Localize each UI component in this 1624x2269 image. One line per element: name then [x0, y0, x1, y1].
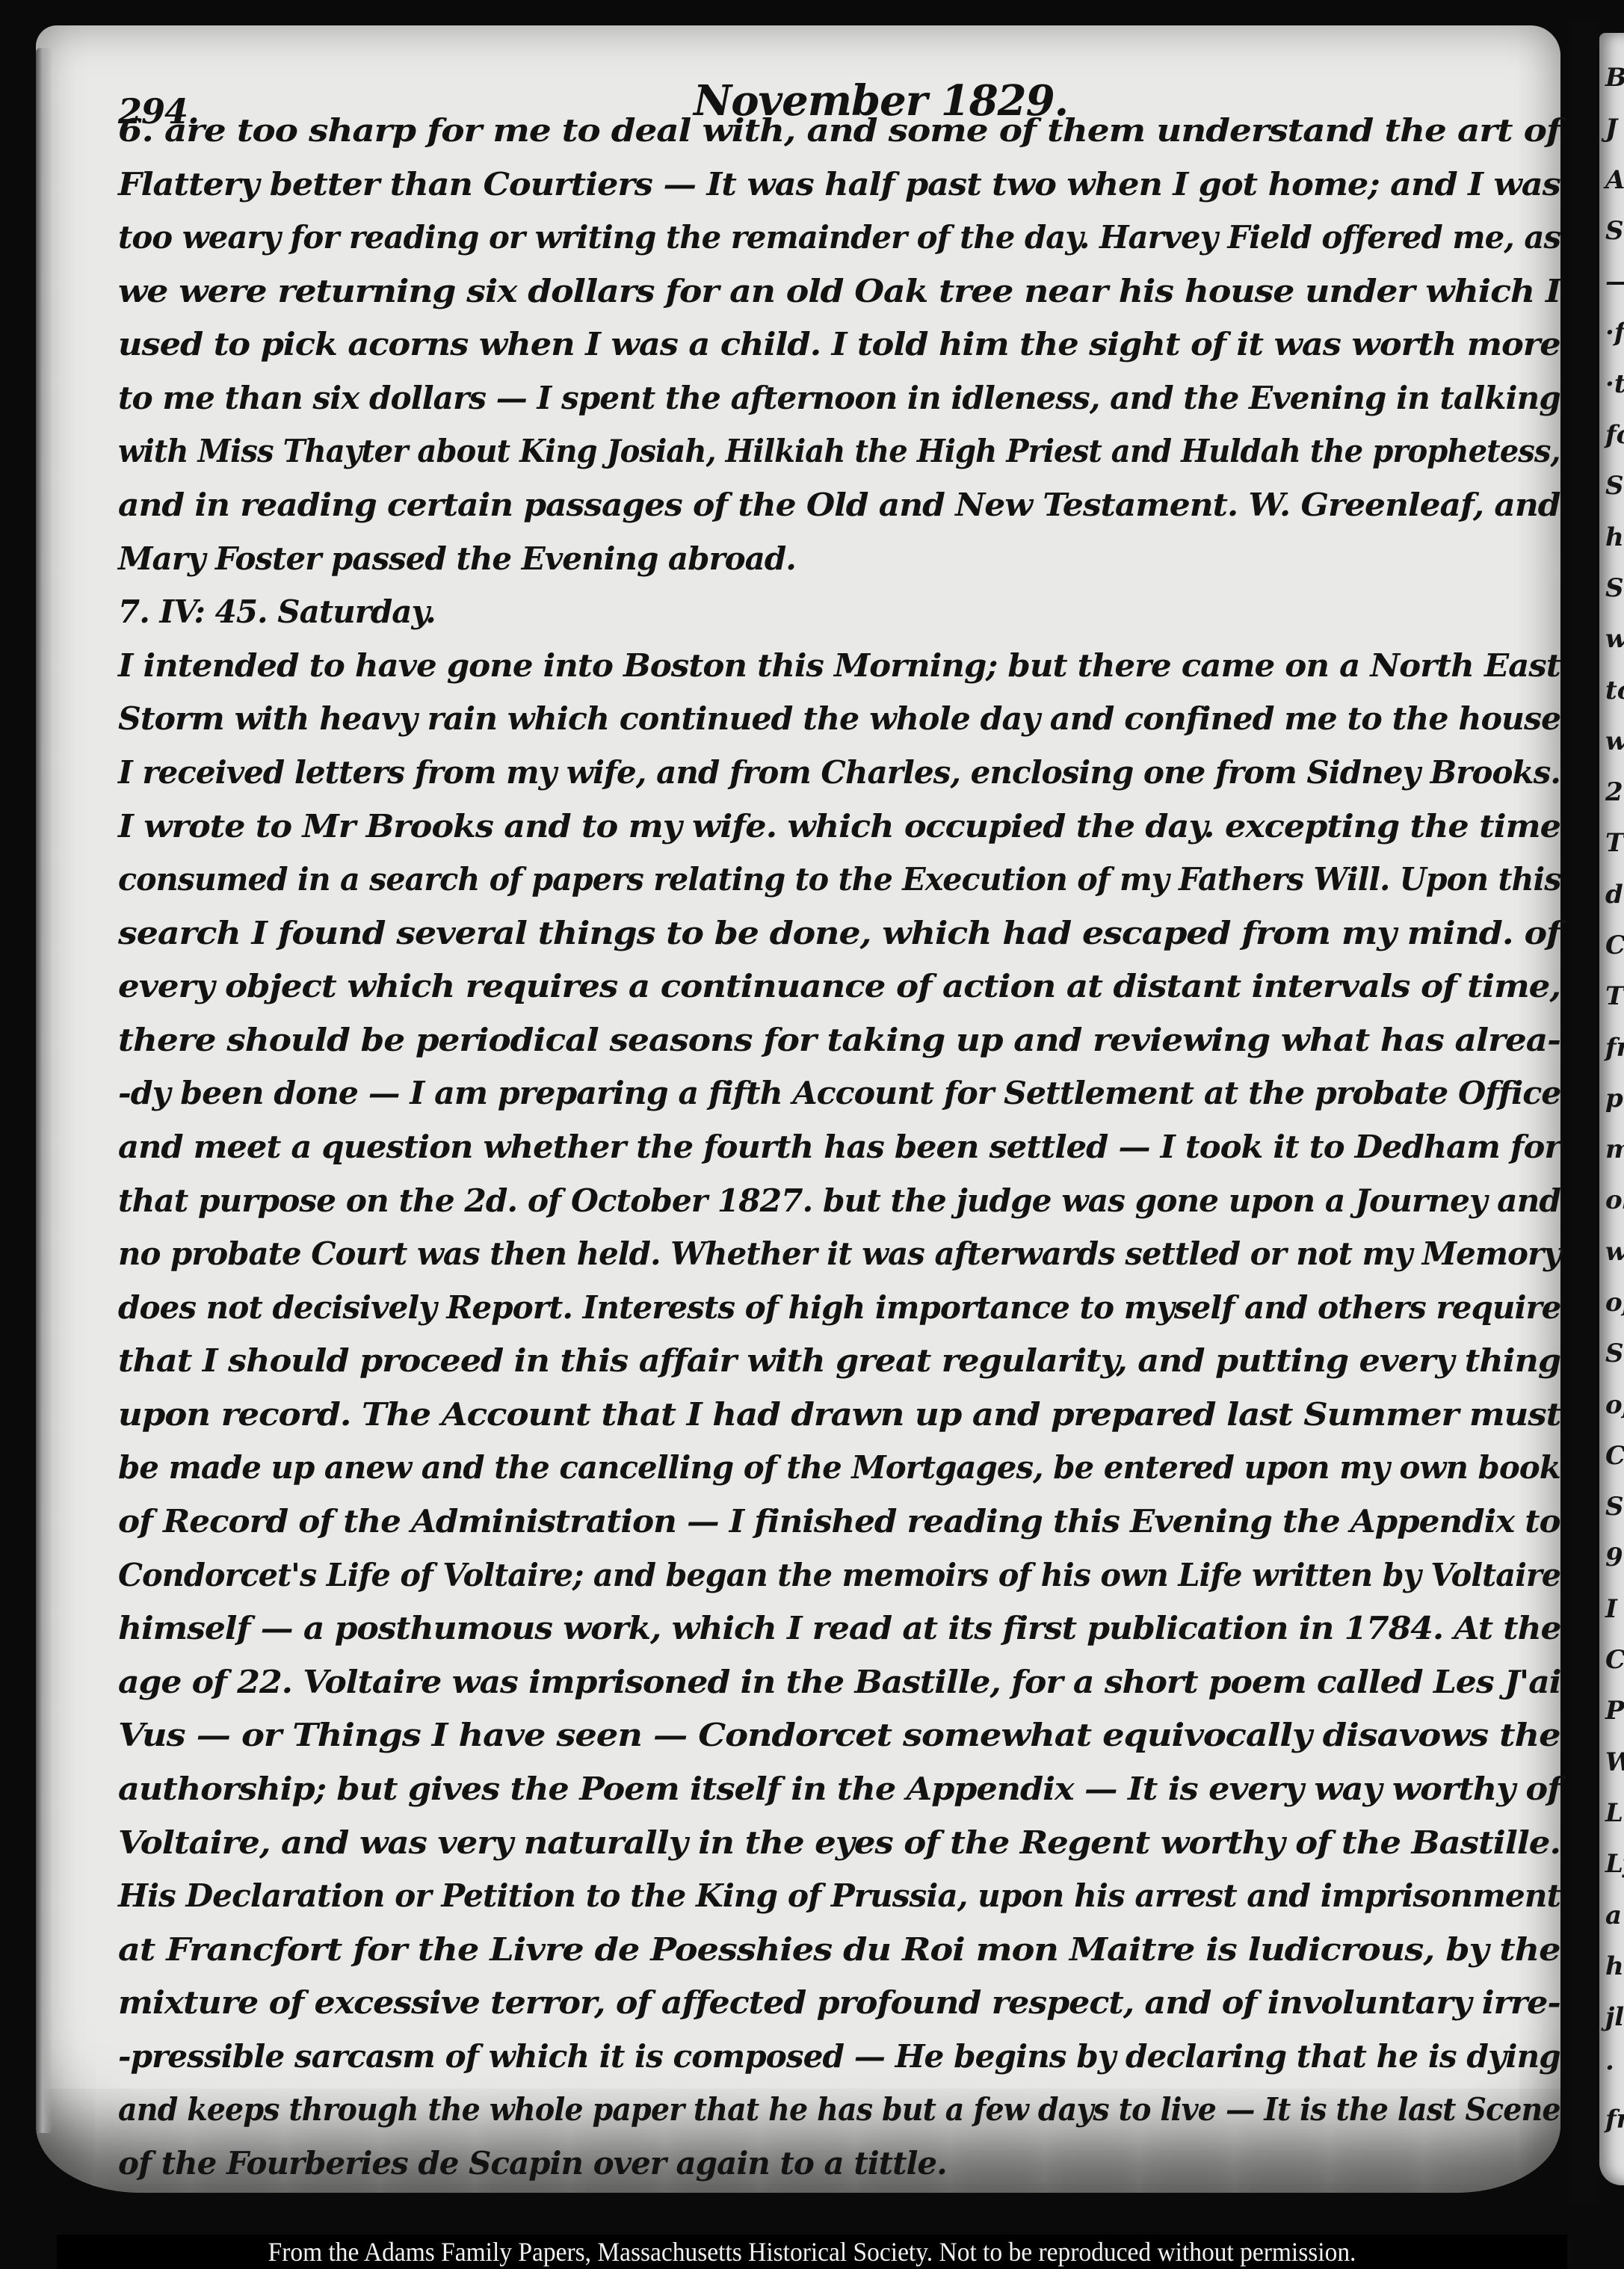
manuscript-line: I intended to have gone into Boston this… [118, 647, 1560, 684]
adjacent-page-text-fragment: 2 [1605, 777, 1623, 807]
manuscript-line: and meet a question whether the fourth h… [118, 1129, 1560, 1165]
manuscript-line: Flattery better than Courtiers — It was … [118, 166, 1560, 203]
adjacent-page-text-fragment: ho [1605, 522, 1624, 552]
manuscript-line: -dy been done — I am preparing a fifth A… [118, 1075, 1560, 1111]
adjacent-page-text-fragment: So [1605, 471, 1624, 501]
adjacent-page-text-fragment: Th [1605, 981, 1624, 1011]
manuscript-line: Vus — or Things I have seen — Condorcet … [118, 1717, 1560, 1753]
manuscript-line: Voltaire, and was very naturally in the … [118, 1824, 1560, 1861]
manuscript-line: there should be periodical seasons for t… [118, 1022, 1560, 1058]
adjacent-page-text-fragment: of [1605, 1390, 1624, 1420]
manuscript-page: 294. November 1829. 6. are too sharp for… [36, 25, 1560, 2193]
adjacent-page-text-fragment: L [1605, 1798, 1623, 1828]
manuscript-line: I wrote to Mr Brooks and to my wife. whi… [118, 808, 1560, 845]
manuscript-line: authorship; but gives the Poem itself in… [118, 1771, 1560, 1807]
adjacent-page-text-fragment: · [1605, 2053, 1614, 2083]
adjacent-page-text-fragment: W [1605, 1747, 1624, 1777]
book-gutter [1569, 21, 1599, 2203]
adjacent-page-text-fragment: ob [1605, 1185, 1624, 1215]
adjacent-page-text-fragment: of [1605, 1288, 1624, 1318]
manuscript-line: -pressible sarcasm of which it is compos… [118, 2038, 1560, 2075]
adjacent-page-edge: BJAS—·fo·thfoSohoStwtow2ThdiCoThfrpemobw… [1599, 33, 1624, 2185]
adjacent-page-text-fragment: Su [1605, 1339, 1624, 1368]
adjacent-page-text-fragment: fr [1605, 1033, 1624, 1063]
adjacent-page-text-fragment: ·th [1605, 369, 1624, 399]
adjacent-page-text-fragment: to [1605, 676, 1624, 706]
adjacent-page-text-fragment: jl [1605, 2002, 1624, 2032]
adjacent-page-text-fragment: St [1605, 573, 1624, 603]
manuscript-line: Mary Foster passed the Evening abroad. [118, 540, 796, 577]
adjacent-page-text-fragment: — [1605, 267, 1624, 297]
adjacent-page-text-fragment: Co [1605, 930, 1624, 960]
manuscript-line: of Record of the Administration — I fini… [118, 1503, 1560, 1540]
manuscript-line: that I should proceed in this affair wit… [118, 1342, 1560, 1379]
manuscript-line: 7. IV: 45. Saturday. [118, 593, 436, 630]
manuscript-line: at Francfort for the Livre de Poesshies … [118, 1931, 1560, 1968]
adjacent-page-text-fragment: Ly [1605, 1849, 1624, 1879]
manuscript-line: be made up anew and the cancelling of th… [118, 1449, 1560, 1486]
adjacent-page-text-fragment: Cla [1605, 1441, 1624, 1471]
manuscript-line: upon record. The Account that I had draw… [118, 1396, 1560, 1433]
adjacent-page-text-fragment: fo [1605, 420, 1624, 450]
adjacent-page-text-fragment: B [1605, 63, 1624, 93]
manuscript-line: consumed in a search of papers relating … [118, 861, 1560, 898]
manuscript-line: age of 22. Voltaire was imprisoned in th… [118, 1664, 1560, 1700]
adjacent-page-text-fragment: S [1605, 216, 1624, 246]
manuscript-line: and keeps through the whole paper that h… [118, 2091, 1560, 2128]
manuscript-line: to me than six dollars — I spent the aft… [118, 380, 1560, 416]
manuscript-line: search I found several things to be done… [118, 915, 1560, 951]
adjacent-page-text-fragment: w [1605, 624, 1624, 654]
manuscript-line: 6. are too sharp for me to deal with, an… [118, 112, 1560, 149]
manuscript-line: with Miss Thayter about King Josiah, Hil… [118, 433, 1560, 469]
adjacent-page-text-fragment: ·fo [1605, 318, 1624, 348]
manuscript-line: every object which requires a continuanc… [118, 968, 1560, 1004]
adjacent-page-text-fragment: ho [1605, 1951, 1624, 1981]
adjacent-page-text-fragment: J [1605, 114, 1617, 143]
adjacent-page-text-fragment: m [1605, 1134, 1624, 1164]
adjacent-page-text-fragment: C [1605, 1645, 1624, 1675]
manuscript-line: too weary for reading or writing the rem… [118, 219, 1560, 256]
adjacent-page-text-fragment: A [1605, 165, 1624, 195]
manuscript-line: that purpose on the 2d. of October 1827.… [118, 1182, 1560, 1219]
adjacent-page-text-fragment: I [1605, 1594, 1617, 1624]
manuscript-line: Storm with heavy rain which continued th… [118, 700, 1560, 737]
adjacent-page-text-fragment: pe [1605, 1084, 1624, 1114]
manuscript-line: I received letters from my wife, and fro… [118, 754, 1560, 791]
copyright-notice: From the Adams Family Papers, Massachuse… [57, 2235, 1567, 2269]
adjacent-page-text-fragment: P [1605, 1696, 1624, 1726]
manuscript-line: Condorcet's Life of Voltaire; and began … [118, 1557, 1560, 1593]
manuscript-line: His Declaration or Petition to the King … [118, 1877, 1560, 1914]
manuscript-line: we were returning six dollars for an old… [118, 273, 1560, 309]
manuscript-line: himself — a posthumous work, which I rea… [118, 1610, 1560, 1646]
manuscript-line: and in reading certain passages of the O… [118, 487, 1560, 523]
adjacent-page-text-fragment: w [1605, 726, 1624, 756]
adjacent-page-text-fragment: 9. [1605, 1543, 1624, 1572]
manuscript-line: of the Fourberies de Scapin over again t… [118, 2145, 947, 2182]
adjacent-page-text-fragment: a [1605, 1901, 1622, 1930]
adjacent-page-text-fragment: fr [1605, 2105, 1624, 2134]
adjacent-page-text-fragment: di [1605, 880, 1624, 910]
adjacent-page-text-fragment: w [1605, 1237, 1624, 1267]
adjacent-page-text-fragment: Th [1605, 828, 1624, 858]
manuscript-line: used to pick acorns when I was a child. … [118, 326, 1560, 362]
adjacent-page-text-fragment: Sc [1605, 1492, 1624, 1522]
manuscript-line: no probate Court was then held. Whether … [118, 1235, 1560, 1272]
manuscript-line: mixture of excessive terror, of affected… [118, 1984, 1560, 2021]
manuscript-line: does not decisively Report. Interests of… [118, 1289, 1560, 1326]
